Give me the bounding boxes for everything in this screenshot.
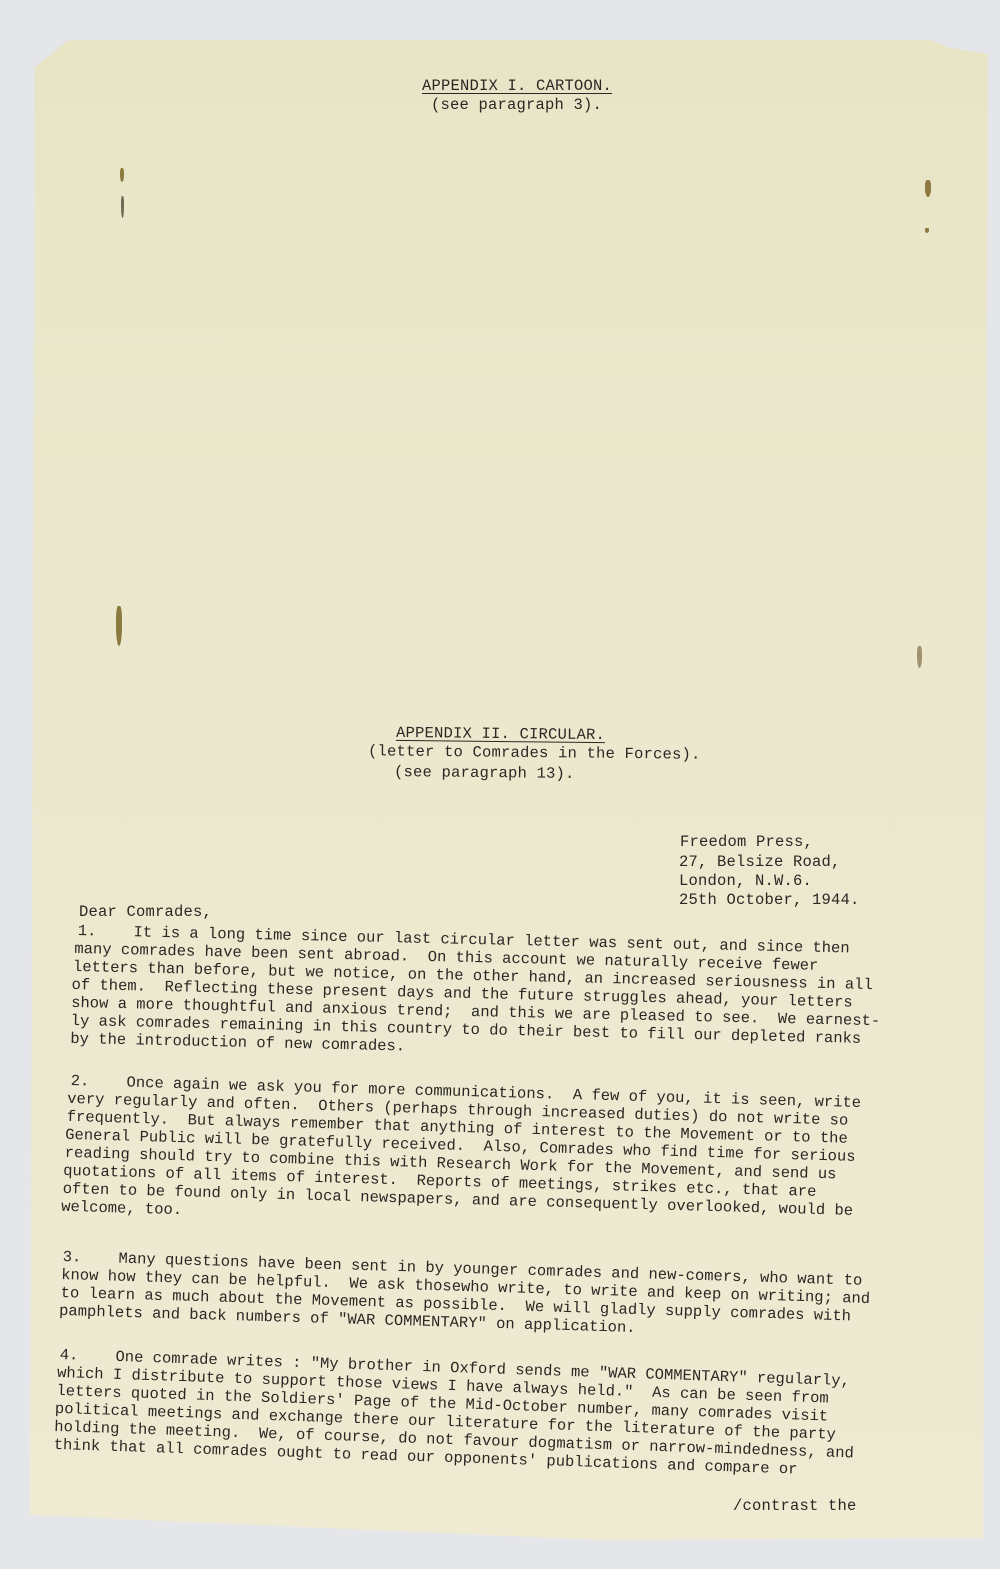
appendix-2-subtitle: (letter to Comrades in the Forces). bbox=[368, 742, 701, 764]
punch-hole-mark bbox=[917, 646, 922, 668]
address-line-3: London, N.W.6. bbox=[679, 872, 812, 891]
paragraph-line: welcome, too. bbox=[61, 1198, 182, 1219]
salutation: Dear Comrades, bbox=[79, 903, 212, 922]
appendix-2-reference: (see paragraph 13). bbox=[394, 763, 575, 784]
catchword: /contrast the bbox=[733, 1497, 857, 1516]
punch-hole-mark bbox=[121, 196, 124, 218]
letter-date: 25th October, 1944. bbox=[679, 891, 860, 910]
appendix-1-reference: (see paragraph 3). bbox=[431, 96, 602, 115]
address-line-2: 27, Belsize Road, bbox=[679, 853, 841, 872]
appendix-1-title: APPENDIX I. CARTOON. bbox=[422, 77, 612, 96]
punch-hole-mark bbox=[116, 606, 122, 646]
address-line-1: Freedom Press, bbox=[680, 833, 813, 852]
punch-hole-mark bbox=[925, 180, 931, 197]
punch-hole-mark bbox=[120, 168, 124, 182]
punch-hole-mark bbox=[925, 228, 929, 233]
